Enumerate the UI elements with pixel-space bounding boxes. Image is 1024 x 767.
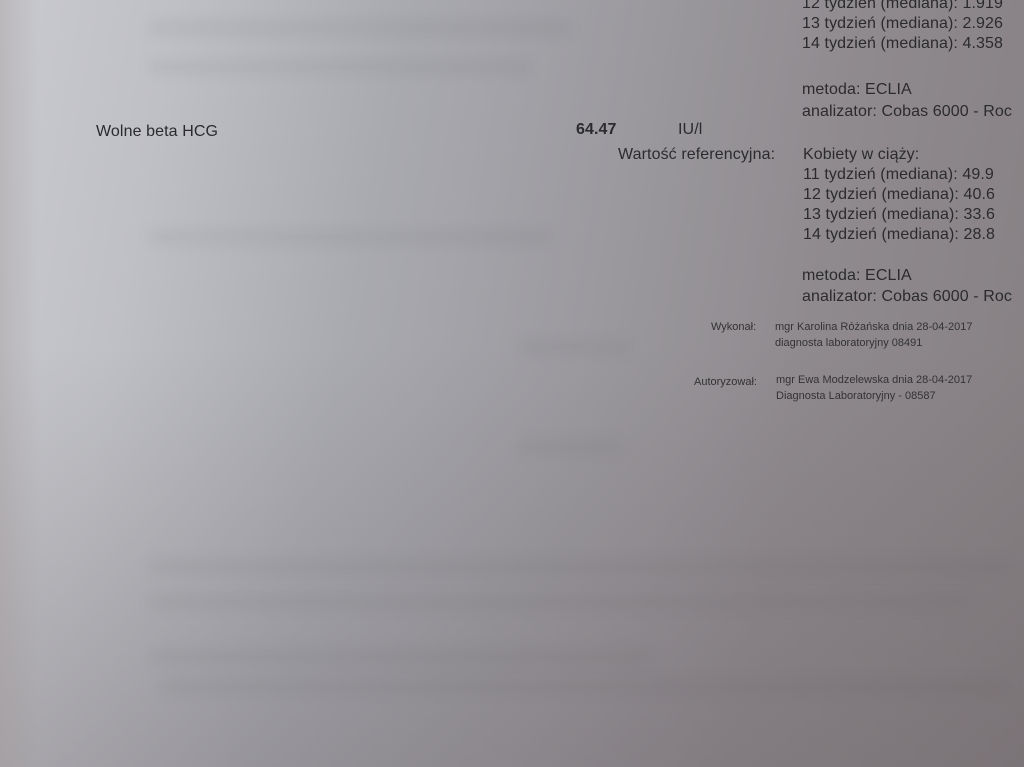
performed-by-role: diagnosta laboratoryjny 08491 <box>775 336 973 350</box>
reference-line: 13 tydzień (mediana): 2.926 <box>802 14 1003 34</box>
test-value: 64.47 <box>576 120 617 140</box>
show-through-text <box>150 230 550 244</box>
previous-reference-lines: 12 tydzień (mediana): 1.919 13 tydzień (… <box>802 0 1003 54</box>
show-through-text <box>160 680 1010 694</box>
show-through-text <box>520 440 620 454</box>
reference-label: Wartość referencyjna: <box>618 145 775 165</box>
test-analyzer: analizator: Cobas 6000 - Roc <box>802 287 1012 307</box>
previous-analyzer: analizator: Cobas 6000 - Roc <box>802 102 1012 122</box>
test-unit: IU/l <box>678 120 702 140</box>
test-name: Wolne beta HCG <box>96 122 218 142</box>
authorized-label: Autoryzował: <box>694 375 757 389</box>
previous-method: metoda: ECLIA <box>802 80 912 100</box>
reference-group: Kobiety w ciąży: <box>803 145 919 165</box>
reference-line: 12 tydzień (mediana): 40.6 <box>803 185 995 205</box>
performed-by-name: mgr Karolina Różańska dnia 28-04-2017 <box>775 320 973 334</box>
reference-line: 11 tydzień (mediana): 49.9 <box>803 165 995 185</box>
reference-line: 12 tydzień (mediana): 1.919 <box>802 0 1003 14</box>
show-through-text <box>150 60 530 74</box>
authorized-by-name: mgr Ewa Modzelewska dnia 28-04-2017 <box>776 373 972 387</box>
reference-line: 14 tydzień (mediana): 4.358 <box>802 34 1003 54</box>
show-through-text <box>150 650 650 664</box>
show-through-text <box>150 20 570 36</box>
reference-line: 13 tydzień (mediana): 33.6 <box>803 205 995 225</box>
performed-by: mgr Karolina Różańska dnia 28-04-2017 di… <box>775 320 973 350</box>
authorized-by-role: Diagnosta Laboratoryjny - 08587 <box>776 389 972 403</box>
reference-line: 14 tydzień (mediana): 28.8 <box>803 225 995 245</box>
reference-lines: 11 tydzień (mediana): 49.9 12 tydzień (m… <box>803 165 995 245</box>
performed-label: Wykonał: <box>711 320 756 334</box>
show-through-text <box>520 340 630 354</box>
show-through-text <box>150 560 1010 574</box>
test-method: metoda: ECLIA <box>802 266 912 286</box>
authorized-by: mgr Ewa Modzelewska dnia 28-04-2017 Diag… <box>776 373 972 403</box>
show-through-text <box>150 595 970 609</box>
